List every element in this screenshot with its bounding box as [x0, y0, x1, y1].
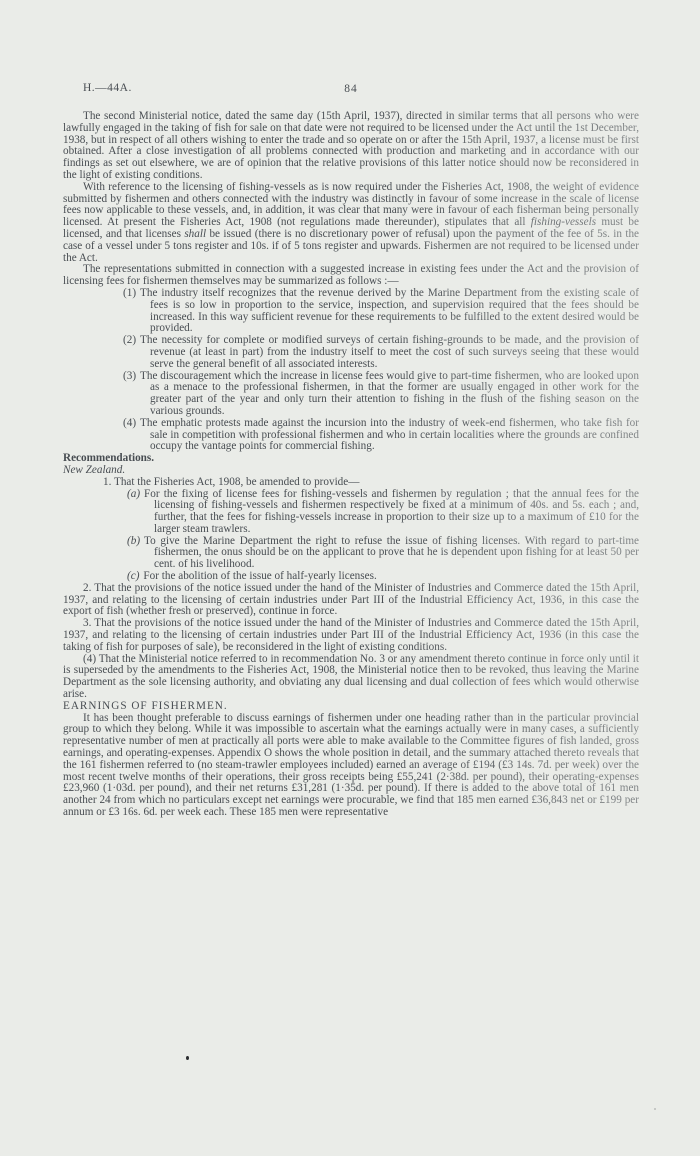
list-number: (4)	[123, 417, 140, 429]
list-text: To give the Marine Department the right …	[144, 535, 639, 571]
paragraph-licensing-vessels: With reference to the licensing of fishi…	[63, 182, 639, 265]
summary-item-4: (4)The emphatic protests made against th…	[63, 418, 639, 453]
page-number: 84	[63, 83, 639, 95]
recommendations-heading: Recommendations.	[63, 453, 639, 465]
list-number: (2)	[123, 334, 140, 346]
recommendation-4: (4) That the Ministerial notice referred…	[63, 654, 639, 701]
list-text: The necessity for complete or modified s…	[140, 334, 639, 370]
ink-speck	[654, 1108, 656, 1110]
summary-item-1: (1)The industry itself recognizes that t…	[63, 288, 639, 335]
list-text: The emphatic protests made against the i…	[140, 417, 639, 453]
list-letter: (b)	[127, 535, 144, 547]
summary-item-3: (3)The discouragement which the increase…	[63, 371, 639, 418]
recommendation-3: 3. That the provisions of the notice iss…	[63, 618, 639, 653]
list-text: The discouragement which the increase in…	[140, 370, 639, 417]
recommendation-1-sublist: (a)For the fixing of license fees for fi…	[63, 489, 639, 583]
recommendation-1a: (a)For the fixing of license fees for fi…	[63, 489, 639, 536]
italic-term-shall: shall	[184, 228, 206, 240]
list-text: The industry itself recognizes that the …	[140, 287, 639, 334]
recommendations-subheading: New Zealand.	[63, 465, 639, 477]
earnings-heading: EARNINGS OF FISHERMEN.	[63, 701, 639, 713]
list-text: For the fixing of license fees for fishi…	[144, 488, 639, 535]
document-content: H.—44A. 84 The second Ministerial notice…	[63, 82, 639, 819]
recommendation-2: 2. That the provisions of the notice iss…	[63, 583, 639, 618]
scanned-document-page: H.—44A. 84 The second Ministerial notice…	[0, 0, 700, 1156]
list-letter: (a)	[127, 488, 144, 500]
paragraph-representations: The representations submitted in connect…	[63, 264, 639, 288]
paragraph-ministerial-notice: The second Ministerial notice, dated the…	[63, 111, 639, 182]
italic-term-fishing-vessels: fishing-vessels	[531, 216, 596, 228]
list-text: For the abolition of the issue of half-y…	[143, 570, 376, 582]
list-number: (3)	[123, 370, 140, 382]
ink-speck	[186, 1056, 189, 1060]
summary-list: (1)The industry itself recognizes that t…	[63, 288, 639, 453]
recommendation-1b: (b)To give the Marine Department the rig…	[63, 536, 639, 571]
paragraph-earnings: It has been thought preferable to discus…	[63, 713, 639, 819]
summary-item-2: (2)The necessity for complete or modifie…	[63, 335, 639, 370]
list-letter: (c)	[127, 570, 143, 582]
running-head: H.—44A. 84	[63, 82, 639, 97]
list-number: (1)	[123, 287, 140, 299]
